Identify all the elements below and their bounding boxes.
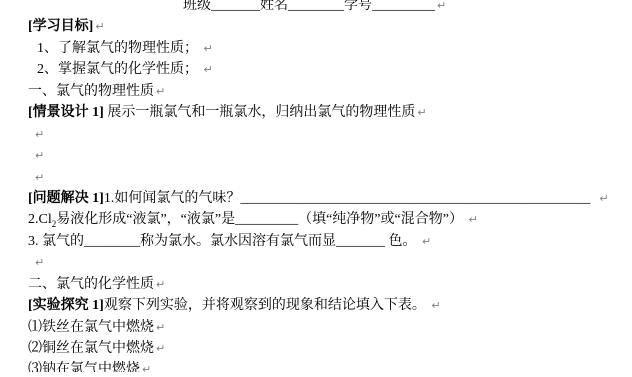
- empty-line: ↵: [28, 124, 632, 145]
- text-run: 观察下列实验，并将观察到的现象和结论填入下表。: [104, 298, 430, 313]
- pilcrow-mark: ↵: [599, 192, 608, 205]
- fill-in-blank: ________________________________________…: [240, 191, 590, 206]
- question-2-line: 2.Cl2易液化形成“液氯”，“液氯”是_________（填“纯净物”或“混合…: [28, 209, 632, 230]
- text-run: 姓名: [260, 0, 288, 13]
- fill-in-blank: _________: [235, 212, 298, 227]
- empty-line: ↵: [28, 167, 632, 188]
- experiment-item-1: ⑴铁丝在氯气中燃烧↵: [28, 317, 632, 338]
- pilcrow-mark: ↵: [35, 128, 44, 141]
- objective-item-1: 1、了解氯气的物理性质； ↵: [28, 38, 632, 59]
- pilcrow-mark: ↵: [156, 278, 165, 291]
- text-run: 展示一瓶氯气和一瓶氯水，归纳出氯气的物理性质: [104, 105, 416, 120]
- text-run: （填“纯净物”或“混合物”）: [298, 212, 466, 227]
- fill-in-blank: _________: [372, 0, 435, 13]
- header-blanks-line: 班级_______姓名________学号_________↵: [28, 0, 632, 16]
- text-run: 班级: [183, 0, 211, 13]
- problem-solving-1-line: [问题解决 1]1.如何闻氯气的气味？_____________________…: [28, 188, 632, 209]
- pilcrow-mark: ↵: [437, 0, 446, 12]
- experiment-item-2: ⑵铜丝在氯气中燃烧↵: [28, 338, 632, 359]
- pilcrow-mark: ↵: [204, 42, 213, 55]
- pilcrow-mark: ↵: [431, 299, 440, 312]
- pilcrow-mark: ↵: [156, 85, 165, 98]
- empty-line: ↵: [28, 252, 632, 273]
- bold-label: [学习目标]: [28, 19, 93, 34]
- pilcrow-mark: ↵: [156, 342, 165, 355]
- fill-in-blank: ________: [84, 234, 140, 249]
- pilcrow-mark: ↵: [204, 63, 213, 76]
- learning-objectives-heading: [学习目标]↵: [28, 16, 632, 37]
- empty-line: ↵: [28, 145, 632, 166]
- text-run: 2、掌握氯气的化学性质；: [37, 62, 202, 77]
- experiment-item-3: ⑶钠在氯气中燃烧↵: [28, 359, 632, 372]
- text-run: 二、氯气的化学性质: [28, 277, 154, 292]
- text-run: [590, 191, 597, 206]
- pilcrow-mark: ↵: [35, 171, 44, 184]
- pilcrow-mark: ↵: [156, 321, 165, 334]
- pilcrow-mark: ↵: [35, 149, 44, 162]
- experiment-exploration-1-line: [实验探究 1]观察下列实验，并将观察到的现象和结论填入下表。 ↵: [28, 295, 632, 316]
- text-run: ⑵铜丝在氯气中燃烧: [28, 341, 154, 356]
- section-1-heading: 一、氯气的物理性质↵: [28, 81, 632, 102]
- objective-item-2: 2、掌握氯气的化学性质； ↵: [28, 59, 632, 80]
- text-run: 称为氯水。氯水因溶有氯气而显: [140, 234, 336, 249]
- pilcrow-mark: ↵: [35, 256, 44, 269]
- pilcrow-mark: ↵: [142, 363, 151, 372]
- text-run: 3. 氯气的: [28, 234, 84, 249]
- text-run: 一、氯气的物理性质: [28, 84, 154, 99]
- pilcrow-mark: ↵: [422, 235, 431, 248]
- question-3-line: 3. 氯气的________称为氯水。氯水因溶有氯气而显_______ 色。 ↵: [28, 231, 632, 252]
- pilcrow-mark: ↵: [95, 20, 104, 33]
- fill-in-blank: _______: [211, 0, 260, 13]
- pilcrow-mark: ↵: [417, 106, 426, 119]
- text-run: ⑶钠在氯气中燃烧: [28, 362, 140, 372]
- bold-label: [情景设计 1]: [28, 105, 104, 120]
- text-run: 学号: [344, 0, 372, 13]
- pilcrow-mark: ↵: [468, 213, 477, 226]
- bold-label: [问题解决 1]: [28, 191, 104, 206]
- text-run: 色。: [385, 234, 420, 249]
- bold-label: [实验探究 1]: [28, 298, 104, 313]
- text-run: 1.如何闻氯气的气味？: [104, 191, 241, 206]
- fill-in-blank: ________: [288, 0, 344, 13]
- text-run: 易液化形成“液氯”，“液氯”是: [56, 212, 235, 227]
- fill-in-blank: _______: [336, 234, 385, 249]
- section-2-heading: 二、氯气的化学性质↵: [28, 274, 632, 295]
- text-run: 2.Cl: [28, 212, 52, 227]
- text-run: ⑴铁丝在氯气中燃烧: [28, 320, 154, 335]
- document-page[interactable]: 班级_______姓名________学号_________↵[学习目标]↵1、…: [0, 0, 632, 372]
- scenario-design-1-line: [情景设计 1] 展示一瓶氯气和一瓶氯水，归纳出氯气的物理性质↵: [28, 102, 632, 123]
- text-run: 1、了解氯气的物理性质；: [37, 41, 202, 56]
